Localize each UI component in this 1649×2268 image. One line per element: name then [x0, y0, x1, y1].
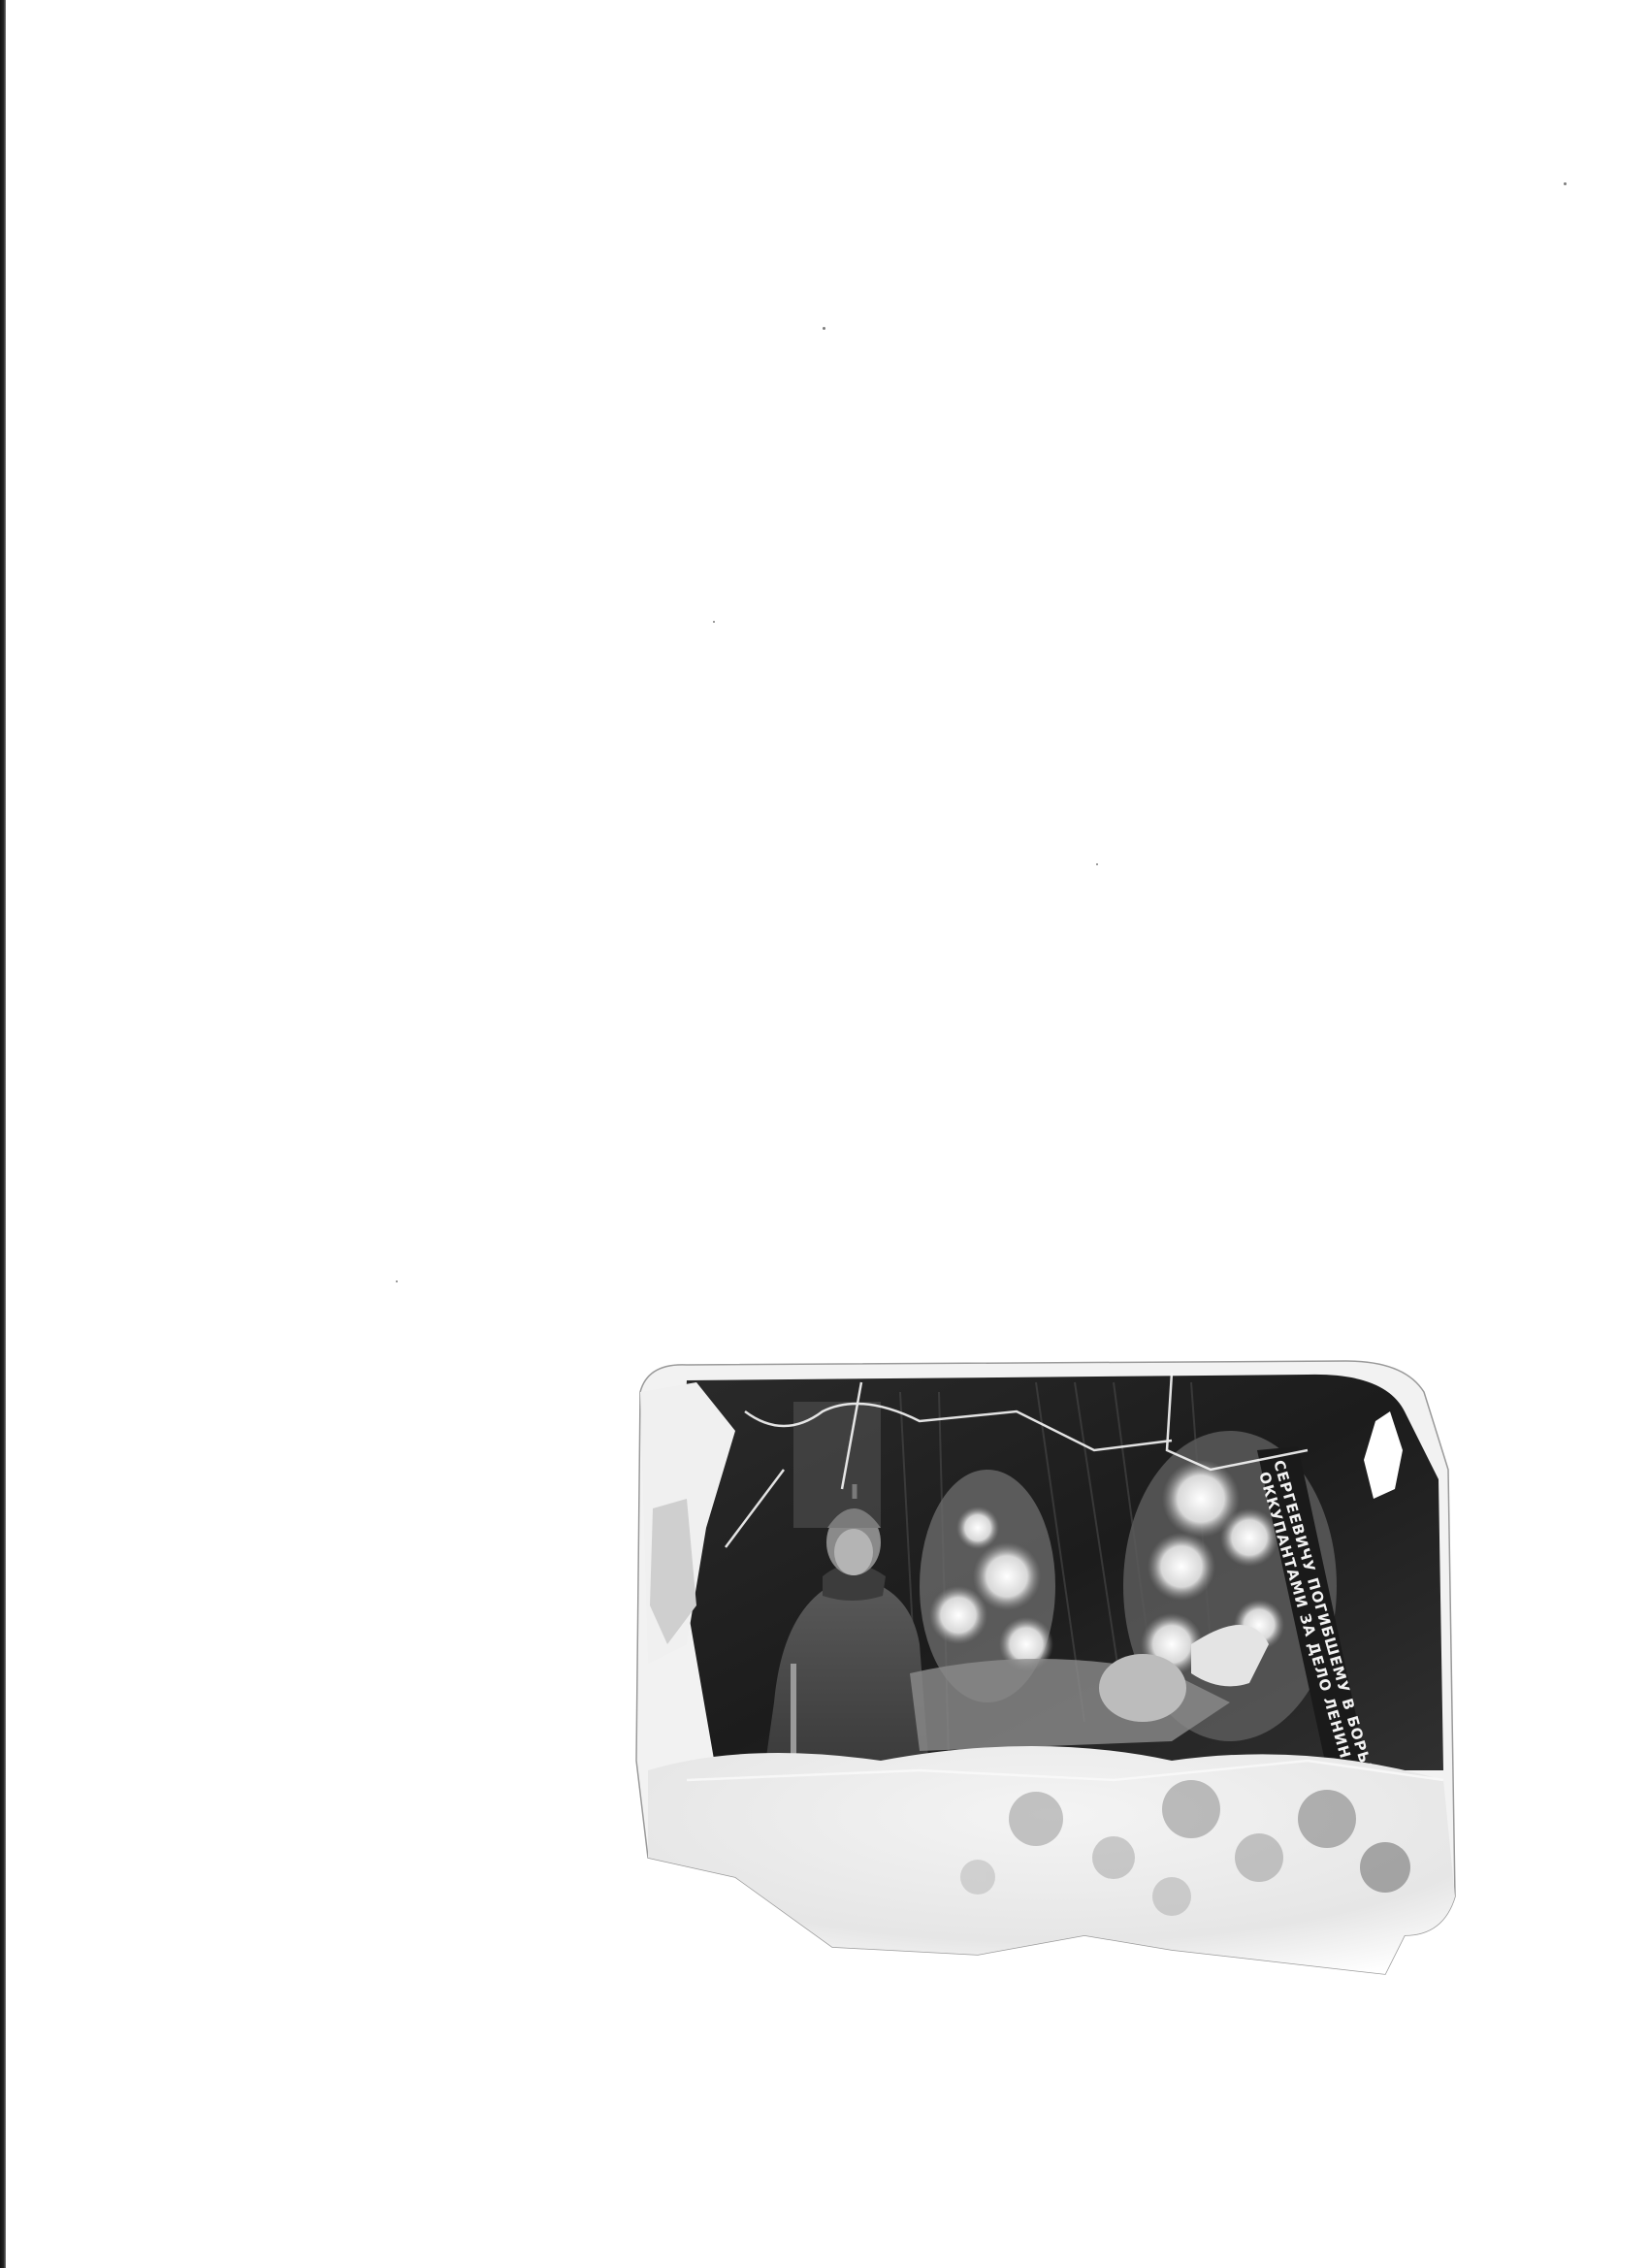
scan-speck: [396, 1280, 398, 1282]
scan-speck: [1564, 182, 1567, 185]
scanned-document-page: СЕРГЕЕВИЧУ ПОГИБШЕМУ В БОРЬБЕ С НЕМЕЦ ОК…: [0, 0, 1649, 2268]
scan-speck: [1096, 863, 1098, 865]
scan-speck: [823, 327, 825, 330]
scan-edge-shadow: [0, 0, 6, 2268]
old-photograph: СЕРГЕЕВИЧУ ПОГИБШЕМУ В БОРЬБЕ С НЕМЕЦ ОК…: [629, 1353, 1463, 1984]
scan-speck: [713, 621, 715, 623]
